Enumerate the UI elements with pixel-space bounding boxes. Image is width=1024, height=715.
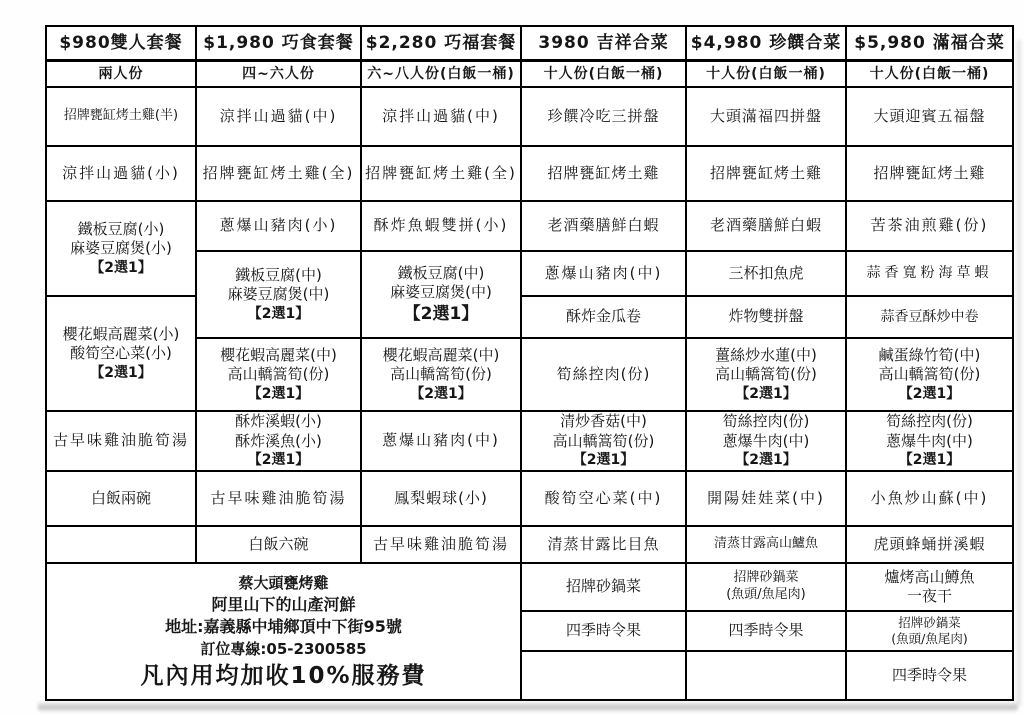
menu-item-label: 【2選1】 — [248, 305, 309, 323]
menu-serving-cell: 十人份(白飯一桶) — [687, 62, 847, 88]
restaurant-info: 蔡大頭甕烤雞 阿里山下的山產河鮮 地址:嘉義縣中埔鄉頂中下街95號 訂位專線:0… — [47, 564, 522, 699]
menu-item-label: 高山轎篙筍(份) — [228, 365, 330, 385]
menu-item-label: 筍絲控肉(份) — [557, 365, 651, 385]
menu-column-header: $1,980 巧食套餐 — [197, 27, 362, 62]
menu-item-label: 鐵板豆腐(中) — [398, 264, 485, 284]
menu-serving-cell: 六~八人份(白飯一桶) — [362, 62, 522, 88]
menu-cell: 虎頭蜂蛹拼溪蝦 — [847, 527, 1012, 564]
menu-cell: 四季時令果 — [522, 612, 687, 652]
menu-cell: 筍絲控肉(份)蔥爆牛肉(中)【2選1】 — [847, 412, 1012, 472]
menu-item-label: 苦茶油煎雞(份) — [871, 216, 989, 236]
menu-item-label: 櫻花蝦高麗菜(小) — [63, 325, 180, 345]
menu-item-label: $2,280 巧福套餐 — [366, 32, 517, 54]
menu-item-label: 一夜干 — [907, 587, 952, 607]
menu-item-label: 清炒香菇(中) — [560, 412, 647, 432]
menu-item-label: 3980 吉祥合菜 — [538, 32, 668, 54]
menu-cell: 酥炸溪蝦(小)酥炸溪魚(小)【2選1】 — [197, 412, 362, 472]
menu-item-label: 【2選1】 — [248, 451, 309, 469]
menu-cell: 櫻花蝦高麗菜(小)酸筍空心菜(小)【2選1】 — [47, 297, 197, 412]
menu-cell: 薑絲炒水蓮(中)高山轎篙筍(份)【2選1】 — [687, 339, 847, 412]
menu-item-label: 酥炸溪魚(小) — [235, 432, 322, 452]
menu-cell: 白飯六碗 — [197, 527, 362, 564]
menu-cell: 櫻花蝦高麗菜(中)高山轎篙筍(份)【2選1】 — [197, 339, 362, 412]
menu-cell: 鐵板豆腐(中)麻婆豆腐煲(中)【2選1】 — [197, 252, 362, 339]
menu-item-label: 蔥爆山豬肉(中) — [382, 431, 500, 451]
menu-item-label: 炸物雙拼盤 — [728, 307, 803, 327]
menu-cell: 招牌甕缸烤土雞(全) — [197, 147, 362, 202]
menu-item-label: 四~六人份 — [242, 65, 315, 83]
menu-item-label: 【2選1】 — [899, 385, 960, 403]
menu-cell: 招牌砂鍋菜(魚頭/魚尾肉) — [687, 564, 847, 612]
menu-cell: 四季時令果 — [847, 652, 1012, 699]
menu-cell: 小魚炒山蘇(中) — [847, 472, 1012, 527]
menu-item-label: 清蒸甘露比目魚 — [547, 535, 659, 555]
menu-item-label: 白飯六碗 — [248, 535, 308, 555]
menu-item-label: 蔥爆牛肉(中) — [723, 432, 810, 452]
menu-item-label: 高山轎篙筍(份) — [879, 365, 981, 385]
menu-item-label: 開陽娃娃菜(中) — [707, 489, 825, 509]
menu-item-label: (魚頭/魚尾肉) — [726, 587, 806, 604]
menu-item-label: 蔥爆山豬肉(中) — [545, 264, 663, 284]
menu-item-label: 六~八人份(白飯一桶) — [367, 65, 515, 83]
menu-item-label: 招牌甕缸烤土雞(全) — [365, 164, 517, 184]
menu-column-header: $980雙人套餐 — [47, 27, 197, 62]
menu-cell: 大頭滿福四拼盤 — [687, 88, 847, 147]
menu-item-label: 【2選1】 — [735, 385, 796, 403]
menu-item-label: 招牌砂鍋菜 — [566, 577, 641, 597]
menu-cell: 招牌甕缸烤土雞 — [847, 147, 1012, 202]
menu-item-label: 涼拌山過貓(小) — [62, 164, 180, 184]
menu-cell: 蒜香寬粉海草蝦 — [847, 252, 1012, 297]
menu-cell: 酥炸魚蝦雙拼(小) — [362, 202, 522, 252]
menu-cell: 筍絲控肉(份)蔥爆牛肉(中)【2選1】 — [687, 412, 847, 472]
menu-cell: 蔥爆山豬肉(小) — [197, 202, 362, 252]
menu-cell: 筍絲控肉(份) — [522, 339, 687, 412]
menu-item-label: 高山轎篙筍(份) — [553, 432, 655, 452]
menu-item-label: 珍饌冷吃三拼盤 — [547, 107, 659, 127]
menu-item-label: 酥炸金瓜卷 — [566, 307, 641, 327]
menu-item-label: 【2選1】 — [410, 385, 471, 403]
menu-item-label: 十人份(白飯一桶) — [706, 65, 826, 83]
menu-cell: 鹹蛋綠竹筍(中)高山轎篙筍(份)【2選1】 — [847, 339, 1012, 412]
menu-cell: 古早味雞油脆筍湯 — [197, 472, 362, 527]
menu-item-label: 白飯兩碗 — [91, 489, 151, 509]
menu-cell: 涼拌山過貓(小) — [47, 147, 197, 202]
menu-cell: 酥炸金瓜卷 — [522, 297, 687, 339]
menu-item-label: 三杯扣魚虎 — [728, 264, 803, 284]
menu-cell: 酸筍空心菜(中) — [522, 472, 687, 527]
menu-item-label: 【2選1】 — [90, 259, 151, 277]
scan-shadow-right — [1014, 40, 1021, 705]
menu-cell: 清蒸甘露比目魚 — [522, 527, 687, 564]
menu-cell: 清炒香菇(中)高山轎篙筍(份)【2選1】 — [522, 412, 687, 472]
menu-item-label: 櫻花蝦高麗菜(中) — [220, 346, 337, 366]
menu-item-label: 麻婆豆腐煲(中) — [228, 285, 330, 305]
menu-cell: 清蒸甘露高山鱸魚 — [687, 527, 847, 564]
menu-column-header: $5,980 滿福合菜 — [847, 27, 1012, 62]
menu-cell: 老酒藥膳鮮白蝦 — [522, 202, 687, 252]
menu-item-label: 古早味雞油脆筍湯 — [210, 489, 346, 509]
menu-column-header: $4,980 珍饌合菜 — [687, 27, 847, 62]
menu-cell: 古早味雞油脆筍湯 — [47, 412, 197, 472]
menu-item-label: 小魚炒山蘇(中) — [871, 489, 989, 509]
menu-cell: 炸物雙拼盤 — [687, 297, 847, 339]
menu-cell: 三杯扣魚虎 — [687, 252, 847, 297]
menu-item-label: 古早味雞油脆筍湯 — [53, 431, 189, 451]
menu-item-label: $980雙人套餐 — [59, 32, 182, 54]
menu-cell: 四季時令果 — [687, 612, 847, 652]
menu-item-label: (魚頭/魚尾肉) — [891, 631, 967, 647]
menu-item-label: $1,980 巧食套餐 — [203, 32, 354, 54]
menu-item-label: 【2選1】 — [899, 451, 960, 469]
menu-cell: 招牌甕缸烤土雞(全) — [362, 147, 522, 202]
menu-item-label: 鹹蛋綠竹筍(中) — [879, 346, 981, 366]
menu-item-label: 四季時令果 — [728, 621, 803, 641]
menu-item-label: 四季時令果 — [566, 621, 641, 641]
menu-item-label: 麻婆豆腐煲(中) — [390, 283, 492, 303]
menu-serving-cell: 十人份(白飯一桶) — [522, 62, 687, 88]
menu-item-label: 招牌甕缸烤土雞(半) — [64, 108, 178, 125]
menu-column-header: 3980 吉祥合菜 — [522, 27, 687, 62]
menu-item-label: 蒜香豆酥炒中卷 — [881, 308, 979, 326]
menu-cell: 白飯兩碗 — [47, 472, 197, 527]
menu-cell: 涼拌山過貓(中) — [362, 88, 522, 147]
menu-table: 蔡大頭甕烤雞 阿里山下的山產河鮮 地址:嘉義縣中埔鄉頂中下街95號 訂位專線:0… — [45, 25, 1014, 701]
service-charge-note: 凡內用均加收10%服務費 — [140, 662, 426, 691]
menu-item-label: 兩人份 — [99, 65, 144, 83]
menu-cell: 鐵板豆腐(小)麻婆豆腐煲(小)【2選1】 — [47, 202, 197, 297]
menu-item-label: 鳳梨蝦球(小) — [394, 489, 488, 509]
menu-item-label: 招牌甕缸烤土雞 — [710, 164, 822, 184]
menu-cell: 古早味雞油脆筍湯 — [362, 527, 522, 564]
menu-item-label: 招牌砂鍋菜 — [733, 570, 798, 587]
menu-item-label: 招牌砂鍋菜 — [898, 615, 961, 631]
restaurant-address: 地址:嘉義縣中埔鄉頂中下街95號 — [165, 616, 402, 638]
menu-cell: 鳳梨蝦球(小) — [362, 472, 522, 527]
menu-item-label: 薑絲炒水蓮(中) — [715, 346, 817, 366]
menu-item-label: 四季時令果 — [892, 666, 967, 686]
menu-item-label: 酸筍空心菜(小) — [70, 344, 172, 364]
menu-item-label: $5,980 滿福合菜 — [854, 32, 1005, 54]
menu-item-label: 古早味雞油脆筍湯 — [373, 535, 509, 555]
menu-cell: 大頭迎賓五福盤 — [847, 88, 1012, 147]
menu-cell: 蔥爆山豬肉(中) — [522, 252, 687, 297]
menu-item-label: 筍絲控肉(份) — [723, 412, 810, 432]
menu-item-label: 老酒藥膳鮮白蝦 — [710, 216, 822, 236]
menu-item-label: 清蒸甘露高山鱸魚 — [714, 536, 818, 553]
menu-item-label: 【2選1】 — [248, 385, 309, 403]
menu-cell: 招牌甕缸烤土雞(半) — [47, 88, 197, 147]
menu-cell — [522, 652, 687, 699]
menu-item-label: 鐵板豆腐(中) — [235, 266, 322, 286]
menu-column-header: $2,280 巧福套餐 — [362, 27, 522, 62]
menu-serving-cell: 兩人份 — [47, 62, 197, 88]
menu-item-label: 十人份(白飯一桶) — [544, 65, 664, 83]
menu-item-label: 筍絲控肉(份) — [886, 412, 973, 432]
menu-item-label: 十人份(白飯一桶) — [870, 65, 990, 83]
menu-cell: 蒜香豆酥炒中卷 — [847, 297, 1012, 339]
menu-item-label: 大頭迎賓五福盤 — [873, 107, 985, 127]
menu-item-label: 酥炸魚蝦雙拼(小) — [374, 216, 509, 236]
menu-item-label: 櫻花蝦高麗菜(中) — [383, 346, 500, 366]
menu-item-label: 涼拌山過貓(中) — [382, 107, 500, 127]
menu-item-label: 【2選1】 — [573, 451, 634, 469]
menu-item-label: 酸筍空心菜(中) — [545, 489, 663, 509]
menu-cell: 櫻花蝦高麗菜(中)高山轎篙筍(份)【2選1】 — [362, 339, 522, 412]
menu-item-label: 蔥爆牛肉(中) — [886, 432, 973, 452]
menu-cell: 老酒藥膳鮮白蝦 — [687, 202, 847, 252]
menu-item-label: 大頭滿福四拼盤 — [710, 107, 822, 127]
restaurant-name: 蔡大頭甕烤雞 — [238, 573, 328, 594]
menu-item-label: 鐵板豆腐(小) — [78, 220, 165, 240]
menu-item-label: 虎頭蜂蛹拼溪蝦 — [873, 535, 985, 555]
menu-item-label: $4,980 珍饌合菜 — [691, 32, 842, 54]
menu-cell: 招牌甕缸烤土雞 — [522, 147, 687, 202]
menu-cell: 涼拌山過貓(中) — [197, 88, 362, 147]
menu-item-label: 高山轎篙筍(份) — [390, 365, 492, 385]
menu-item-label: 老酒藥膳鮮白蝦 — [547, 216, 659, 236]
scan-shadow-bottom — [38, 701, 1018, 712]
menu-cell: 蔥爆山豬肉(中) — [362, 412, 522, 472]
menu-cell: 珍饌冷吃三拼盤 — [522, 88, 687, 147]
menu-cell: 苦茶油煎雞(份) — [847, 202, 1012, 252]
menu-cell: 招牌砂鍋菜 — [522, 564, 687, 612]
menu-cell: 鐵板豆腐(中)麻婆豆腐煲(中)【2選1】 — [362, 252, 522, 339]
menu-item-label: 爐烤高山鱒魚 — [884, 568, 974, 588]
menu-item-label: 蔥爆山豬肉(小) — [220, 216, 338, 236]
menu-cell: 爐烤高山鱒魚一夜干 — [847, 564, 1012, 612]
menu-cell: 開陽娃娃菜(中) — [687, 472, 847, 527]
menu-serving-cell: 四~六人份 — [197, 62, 362, 88]
menu-item-label: 招牌甕缸烤土雞 — [873, 164, 985, 184]
restaurant-tagline: 阿里山下的山產河鮮 — [211, 594, 355, 616]
menu-item-label: 麻婆豆腐煲(小) — [70, 239, 172, 259]
menu-item-label: 酥炸溪蝦(小) — [235, 412, 322, 432]
reservation-phone: 訂位專線:05-2300585 — [200, 639, 366, 660]
menu-cell — [47, 527, 197, 564]
menu-item-label: 【2選1】 — [90, 364, 151, 382]
menu-item-label: 【2選1】 — [404, 303, 479, 325]
menu-item-label: 高山轎篙筍(份) — [715, 365, 817, 385]
menu-serving-cell: 十人份(白飯一桶) — [847, 62, 1012, 88]
menu-item-label: 【2選1】 — [735, 451, 796, 469]
menu-cell: 招牌甕缸烤土雞 — [687, 147, 847, 202]
menu-item-label: 招牌甕缸烤土雞 — [547, 164, 659, 184]
menu-cell: 招牌砂鍋菜(魚頭/魚尾肉) — [847, 612, 1012, 652]
menu-item-label: 蒜香寬粉海草蝦 — [867, 264, 993, 282]
menu-cell — [687, 652, 847, 699]
menu-item-label: 招牌甕缸烤土雞(全) — [203, 164, 355, 184]
menu-item-label: 涼拌山過貓(中) — [220, 107, 338, 127]
